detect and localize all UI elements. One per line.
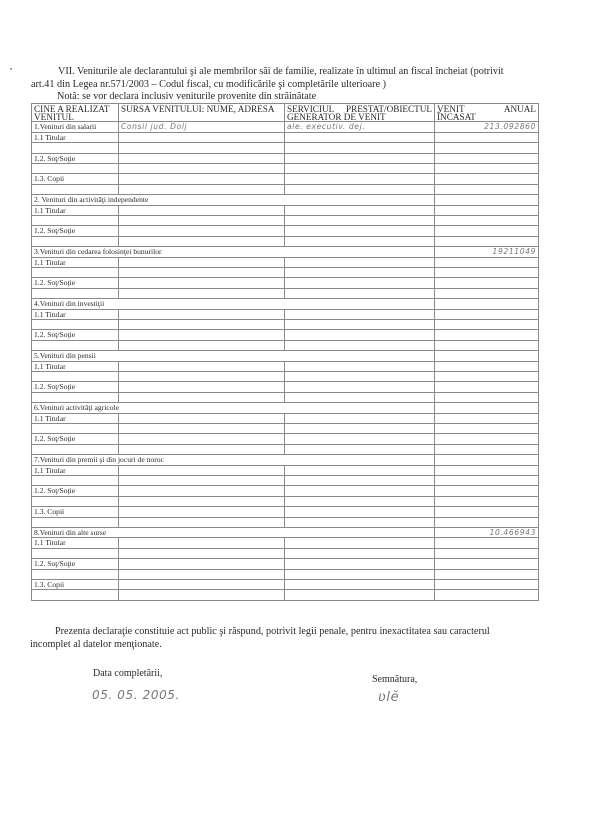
table-cell — [435, 164, 539, 174]
table-cell — [119, 184, 285, 194]
row-label: 1.3. Copii — [32, 580, 119, 590]
row-label — [32, 424, 119, 434]
table-cell — [119, 569, 285, 579]
table-cell — [119, 382, 285, 392]
declaration-footer: Prezenta declaraţie constituie act publi… — [0, 625, 540, 651]
table-cell — [119, 486, 285, 496]
table-cell — [435, 372, 539, 382]
table-cell — [435, 476, 539, 486]
table-row — [32, 444, 539, 454]
section-header-row: 4.Venituri din investiţii — [32, 299, 539, 309]
table-cell — [435, 153, 539, 163]
table-cell — [435, 496, 539, 506]
table-cell — [285, 382, 435, 392]
table-cell — [119, 444, 285, 454]
intro-line-2: art.41 din Legea nr.571/2003 – Codul fis… — [31, 79, 571, 92]
table-cell — [435, 569, 539, 579]
table-row: 1.1 Titular — [32, 413, 539, 423]
row-label: 1.2. Soţ/Soţie — [32, 559, 119, 569]
table-cell — [119, 434, 285, 444]
table-row: 1.2. Soţ/Soţie — [32, 330, 539, 340]
table-cell — [435, 548, 539, 558]
amount-handwritten — [435, 299, 539, 309]
table-cell — [285, 205, 435, 215]
table-cell — [435, 143, 539, 153]
table-cell — [119, 413, 285, 423]
table-cell — [119, 476, 285, 486]
table-cell — [435, 174, 539, 184]
table-row: 1.1 Titular — [32, 361, 539, 371]
table-cell — [285, 236, 435, 246]
table-cell — [285, 216, 435, 226]
table-cell — [285, 340, 435, 350]
table-cell — [435, 538, 539, 548]
table-cell — [435, 580, 539, 590]
date-value-handwritten: 05. 05. 2005. — [92, 688, 180, 702]
table-cell — [285, 486, 435, 496]
section-title: 8.Venituri din alte surse — [32, 528, 435, 538]
row-label — [32, 216, 119, 226]
table-row: 1.1 Titular — [32, 257, 539, 267]
table-cell — [119, 372, 285, 382]
table-cell — [285, 590, 435, 600]
table-cell — [119, 424, 285, 434]
table-cell — [435, 517, 539, 527]
table-cell — [119, 559, 285, 569]
section-header-row: 1.Venituri din salariiConsil jud. Doljal… — [32, 122, 539, 132]
table-cell — [435, 268, 539, 278]
table-row — [32, 184, 539, 194]
table-cell — [119, 465, 285, 475]
table-row: 1.1 Titular — [32, 132, 539, 142]
row-label: 1.1 Titular — [32, 309, 119, 319]
table-cell — [435, 278, 539, 288]
section-title: 3.Venituri din cedarea folosinţei bunuri… — [32, 247, 435, 257]
table-cell — [435, 413, 539, 423]
table-cell — [119, 507, 285, 517]
table-cell — [119, 496, 285, 506]
table-cell — [285, 372, 435, 382]
table-cell — [285, 434, 435, 444]
table-cell — [119, 580, 285, 590]
service-handwritten: ale. executiv. dej. — [285, 122, 435, 132]
row-label: 1.2. Soţ/Soţie — [32, 434, 119, 444]
table-cell — [285, 538, 435, 548]
header-who: CINE A REALIZAT VENITUL — [32, 104, 119, 122]
table-cell — [435, 257, 539, 267]
row-label: 1.1 Titular — [32, 361, 119, 371]
table-row: 1.1 Titular — [32, 465, 539, 475]
table-row: 1.3. Copii — [32, 580, 539, 590]
row-label — [32, 548, 119, 558]
table-cell — [435, 132, 539, 142]
row-label: 1.2. Soţ/Soţie — [32, 153, 119, 163]
income-source-handwritten: Consil jud. Dolj — [119, 122, 285, 132]
header-income-w2: ANUAL — [504, 105, 536, 113]
table-row — [32, 320, 539, 330]
table-cell — [435, 434, 539, 444]
section-title: 1.Venituri din salarii — [32, 122, 119, 132]
table-cell — [119, 361, 285, 371]
table-cell — [435, 340, 539, 350]
scan-speck — [10, 68, 12, 70]
row-label — [32, 496, 119, 506]
table-row — [32, 496, 539, 506]
table-cell — [119, 340, 285, 350]
section-header-row: 5.Venituri din pensii — [32, 351, 539, 361]
header-income-line2: ÎNCASAT — [437, 113, 536, 121]
table-row: 1.2. Soţ/Soţie — [32, 486, 539, 496]
row-label: 1.2. Soţ/Soţie — [32, 382, 119, 392]
row-label — [32, 372, 119, 382]
row-label: 1.2. Soţ/Soţie — [32, 278, 119, 288]
table-row: 1.3. Copii — [32, 507, 539, 517]
table-cell — [435, 486, 539, 496]
table-cell — [119, 174, 285, 184]
table-row — [32, 392, 539, 402]
table-cell — [119, 257, 285, 267]
table-cell — [119, 216, 285, 226]
table-cell — [285, 164, 435, 174]
table-header-row: CINE A REALIZAT VENITUL SURSA VENITULUI:… — [32, 104, 539, 122]
row-label: 1.1 Titular — [32, 413, 119, 423]
table-cell — [119, 226, 285, 236]
table-cell — [285, 184, 435, 194]
table-cell — [285, 444, 435, 454]
table-row: 1.2. Soţ/Soţie — [32, 434, 539, 444]
table-cell — [435, 590, 539, 600]
table-cell — [285, 174, 435, 184]
amount-handwritten — [435, 195, 539, 205]
table-row — [32, 476, 539, 486]
table-cell — [119, 153, 285, 163]
table-row — [32, 372, 539, 382]
table-cell — [119, 268, 285, 278]
section-title: 6.Venituri activităţi agricole — [32, 403, 435, 413]
table-cell — [435, 226, 539, 236]
table-cell — [435, 392, 539, 402]
table-cell — [119, 548, 285, 558]
table-cell — [119, 538, 285, 548]
table-row — [32, 236, 539, 246]
header-source-text: SURSA VENITULUI: NUME, ADRESA — [121, 105, 282, 113]
row-label — [32, 444, 119, 454]
section-header-row: 8.Venituri din alte surse10.466943 — [32, 528, 539, 538]
row-label: 1.3. Copii — [32, 507, 119, 517]
row-label — [32, 184, 119, 194]
table-cell — [285, 320, 435, 330]
table-cell — [119, 164, 285, 174]
table-cell — [435, 309, 539, 319]
header-income: VENITANUAL ÎNCASAT — [435, 104, 539, 122]
table-cell — [119, 320, 285, 330]
row-label — [32, 268, 119, 278]
table-cell — [119, 590, 285, 600]
row-label: 1.1 Titular — [32, 538, 119, 548]
table-cell — [435, 205, 539, 215]
table-cell — [285, 257, 435, 267]
table-row — [32, 548, 539, 558]
row-label — [32, 476, 119, 486]
section-header-row: 2. Venituri din activităţi independente — [32, 195, 539, 205]
table-row — [32, 590, 539, 600]
section-header-row: 6.Venituri activităţi agricole — [32, 403, 539, 413]
table-cell — [119, 143, 285, 153]
signature-label: Semnătura, — [372, 674, 417, 685]
table-cell — [285, 153, 435, 163]
row-label: 1.3. Copii — [32, 174, 119, 184]
row-label — [32, 288, 119, 298]
section-intro: VII. Veniturile ale declarantului şi ale… — [31, 66, 571, 104]
table-cell — [285, 424, 435, 434]
table-cell — [435, 507, 539, 517]
section-title: 7.Venituri din premii şi din jocuri de n… — [32, 455, 435, 465]
header-source: SURSA VENITULUI: NUME, ADRESA — [119, 104, 285, 122]
row-label — [32, 590, 119, 600]
amount-handwritten — [435, 351, 539, 361]
table-cell — [119, 309, 285, 319]
table-row: 1.2. Soţ/Soţie — [32, 153, 539, 163]
table-row — [32, 517, 539, 527]
signature-handwritten: ʋlĕ — [378, 690, 399, 705]
table-cell — [435, 444, 539, 454]
row-label — [32, 392, 119, 402]
statement-line-1: Prezenta declaraţie constituie act publi… — [0, 625, 540, 638]
table-row: 1.2. Soţ/Soţie — [32, 226, 539, 236]
table-cell — [119, 392, 285, 402]
table-cell — [285, 309, 435, 319]
amount-handwritten: 19211049 — [435, 247, 539, 257]
table-cell — [285, 580, 435, 590]
section-title: 4.Venituri din investiţii — [32, 299, 435, 309]
table-row — [32, 164, 539, 174]
table-cell — [119, 330, 285, 340]
header-service: SERVICIULPRESTAT/OBIECTUL GENERATOR DE V… — [285, 104, 435, 122]
table-row — [32, 288, 539, 298]
table-cell — [435, 465, 539, 475]
table-cell — [435, 288, 539, 298]
amount-handwritten — [435, 403, 539, 413]
income-table: CINE A REALIZAT VENITUL SURSA VENITULUI:… — [31, 103, 539, 601]
row-label: 1.2. Soţ/Soţie — [32, 330, 119, 340]
row-label — [32, 143, 119, 153]
table-cell — [285, 559, 435, 569]
table-row — [32, 569, 539, 579]
row-label: 1.1 Titular — [32, 257, 119, 267]
table-row: 1.1 Titular — [32, 205, 539, 215]
table-row — [32, 143, 539, 153]
table-cell — [285, 330, 435, 340]
header-service-line2: GENERATOR DE VENIT — [287, 113, 432, 121]
row-label — [32, 164, 119, 174]
table-row: 1.2. Soţ/Soţie — [32, 382, 539, 392]
table-cell — [285, 268, 435, 278]
table-cell — [285, 413, 435, 423]
row-label — [32, 517, 119, 527]
table-cell — [435, 361, 539, 371]
table-cell — [119, 205, 285, 215]
table-row: 1.2. Soţ/Soţie — [32, 278, 539, 288]
table-cell — [285, 226, 435, 236]
row-label — [32, 236, 119, 246]
table-cell — [119, 132, 285, 142]
table-cell — [285, 143, 435, 153]
table-row — [32, 424, 539, 434]
table-row: 1.3. Copii — [32, 174, 539, 184]
row-label: 1.2. Soţ/Soţie — [32, 486, 119, 496]
table-row — [32, 216, 539, 226]
table-cell — [285, 476, 435, 486]
table-row — [32, 268, 539, 278]
date-label: Data completării, — [93, 668, 162, 679]
table-cell — [435, 559, 539, 569]
row-label — [32, 320, 119, 330]
table-cell — [285, 132, 435, 142]
row-label — [32, 340, 119, 350]
table-cell — [435, 382, 539, 392]
table-cell — [435, 216, 539, 226]
table-cell — [285, 517, 435, 527]
section-title: 2. Venituri din activităţi independente — [32, 195, 435, 205]
table-cell — [285, 548, 435, 558]
section-title: 5.Venituri din pensii — [32, 351, 435, 361]
table-cell — [285, 278, 435, 288]
table-cell — [285, 507, 435, 517]
row-label — [32, 569, 119, 579]
table-cell — [119, 236, 285, 246]
table-cell — [435, 424, 539, 434]
statement-line-2: incomplet al datelor menţionate. — [0, 638, 540, 651]
row-label: 1.1 Titular — [32, 465, 119, 475]
intro-note: Notă: se vor declara inclusiv veniturile… — [31, 91, 571, 104]
row-label: 1.2. Soţ/Soţie — [32, 226, 119, 236]
table-cell — [285, 496, 435, 506]
table-cell — [285, 361, 435, 371]
table-cell — [119, 278, 285, 288]
table-cell — [285, 465, 435, 475]
table-cell — [285, 569, 435, 579]
table-row: 1.2. Soţ/Soţie — [32, 559, 539, 569]
amount-handwritten: 213.092860 — [435, 122, 539, 132]
row-label: 1.1 Titular — [32, 205, 119, 215]
table-cell — [119, 517, 285, 527]
table-cell — [435, 236, 539, 246]
intro-line-1: VII. Veniturile ale declarantului şi ale… — [31, 66, 571, 79]
header-who-line2: VENITUL — [34, 113, 116, 121]
table-row — [32, 340, 539, 350]
section-header-row: 7.Venituri din premii şi din jocuri de n… — [32, 455, 539, 465]
table-cell — [285, 288, 435, 298]
amount-handwritten — [435, 455, 539, 465]
amount-handwritten: 10.466943 — [435, 528, 539, 538]
table-cell — [285, 392, 435, 402]
table-row: 1.1 Titular — [32, 538, 539, 548]
table-cell — [435, 320, 539, 330]
table-cell — [435, 330, 539, 340]
table-cell — [119, 288, 285, 298]
table-cell — [435, 184, 539, 194]
table-row: 1.1 Titular — [32, 309, 539, 319]
section-header-row: 3.Venituri din cedarea folosinţei bunuri… — [32, 247, 539, 257]
row-label: 1.1 Titular — [32, 132, 119, 142]
